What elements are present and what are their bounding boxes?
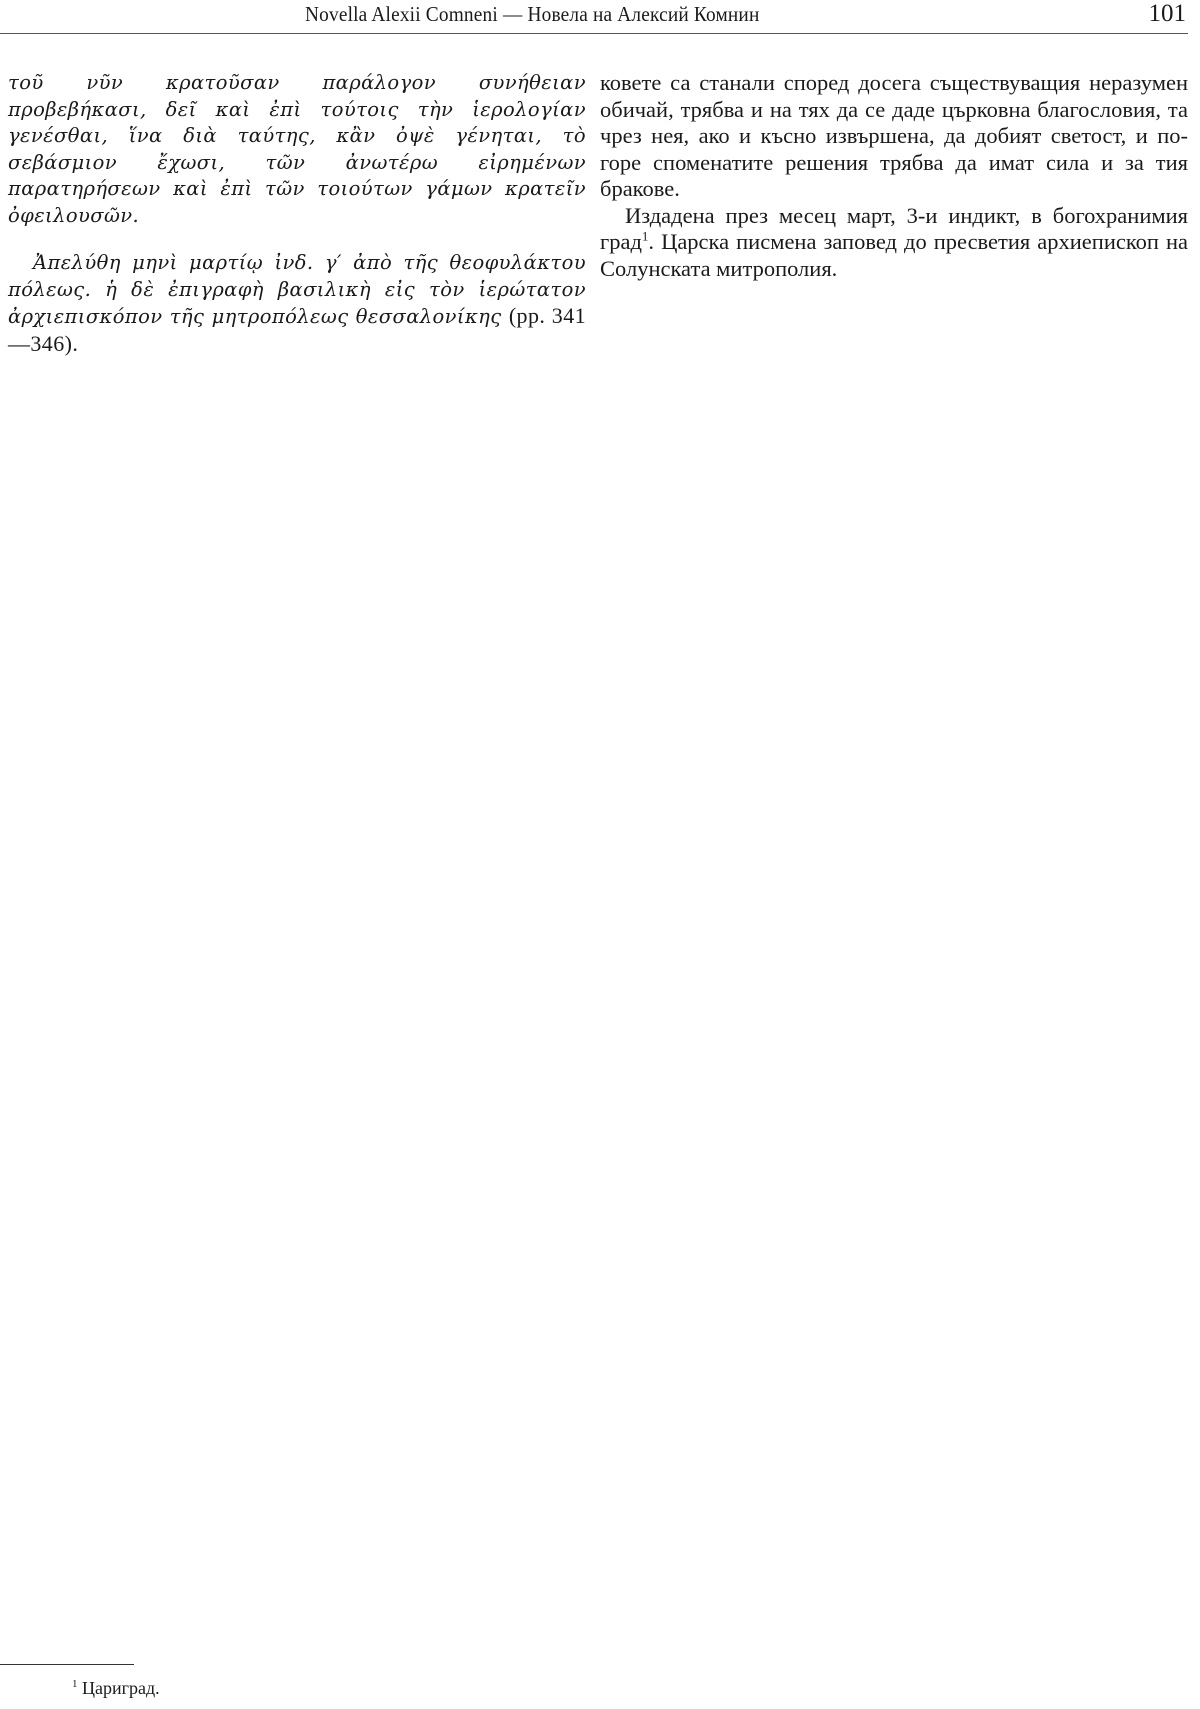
page-header: Novella Alexii Comneni — Новела на Алекс…	[0, 0, 1200, 34]
running-title: Novella Alexii Comneni — Новела на Алекс…	[305, 2, 759, 27]
greek-text-column: τοῦ νῦν κρατοῦσαν παράλογον συνήθειαν πρ…	[8, 70, 586, 358]
bulgarian-paragraph-2: Издадена през месец март, 3-и индикт, в …	[600, 203, 1188, 283]
header-rule	[0, 33, 1188, 34]
greek-paragraph-2: Ἀπελύθη μηνὶ μαρτίῳ ἰνδ. γ′ ἀπὸ τῆς θεοφ…	[8, 250, 586, 358]
footnote-rule	[0, 1664, 134, 1665]
footnote-marker: 1	[72, 1678, 78, 1690]
footnote-1: 1 Цариград.	[72, 1678, 160, 1699]
bulgarian-paragraph-1: ковете са станали според досега съществу…	[600, 70, 1188, 203]
page-number: 101	[1149, 0, 1187, 28]
greek-paragraph-2-text: Ἀπελύθη μηνὶ μαρτίῳ ἰνδ. γ′ ἀπὸ τῆς θεοφ…	[8, 251, 586, 328]
bulgarian-paragraph-2-after-note: . Царска писмена заповед до пресветия ар…	[600, 229, 1188, 281]
footnote-text: Цариград.	[82, 1678, 160, 1698]
greek-paragraph-1: τοῦ νῦν κρατοῦσαν παράλογον συνήθειαν πρ…	[8, 70, 586, 229]
bulgarian-translation-column: ковете са станали според досега съществу…	[600, 70, 1188, 282]
